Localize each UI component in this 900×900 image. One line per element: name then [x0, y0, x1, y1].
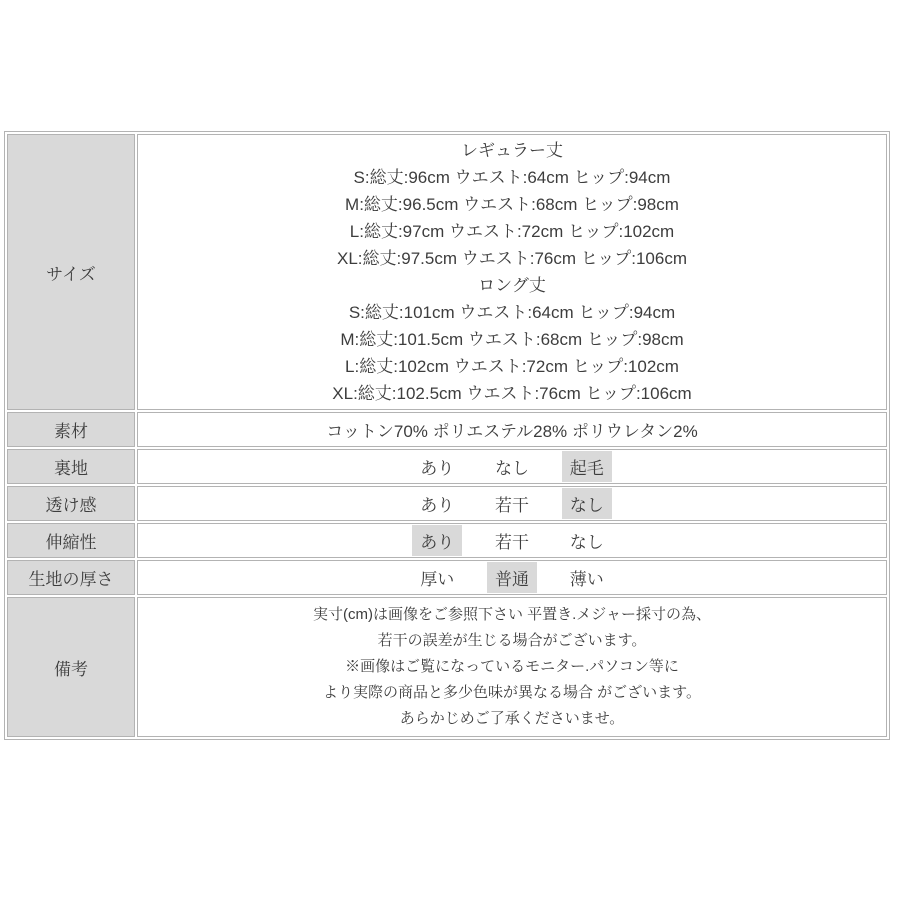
note-line: より実際の商品と多少色味が異なる場合 がございます。	[138, 680, 886, 706]
spec-row-lining: 裏地 あり なし 起毛	[7, 449, 887, 484]
spec-row-stretch: 伸縮性 あり 若干 なし	[7, 523, 887, 558]
thickness-row-label: 生地の厚さ	[7, 560, 135, 595]
product-spec-page: サイズ レギュラー丈 S:総丈:96cm ウエスト:64cm ヒップ:94cm …	[0, 0, 900, 900]
notes-row-value: 実寸(cm)は画像をご参照下さい 平置き.メジャー採寸の為、 若干の誤差が生じる…	[137, 597, 887, 737]
notes-row-label: 備考	[7, 597, 135, 737]
material-row-value: コットン70% ポリエステル28% ポリウレタン2%	[137, 412, 887, 447]
size-line-long-s: S:総丈:101cm ウエスト:64cm ヒップ:94cm	[138, 299, 886, 326]
spec-row-sheerness: 透け感 あり 若干 なし	[7, 486, 887, 521]
size-section-title-regular: レギュラー丈	[138, 137, 886, 164]
thickness-option: 薄い	[562, 562, 612, 593]
stretch-row-label: 伸縮性	[7, 523, 135, 558]
note-line: 若干の誤差が生じる場合がございます。	[138, 628, 886, 654]
lining-option: なし	[487, 451, 537, 482]
size-line-regular-l: L:総丈:97cm ウエスト:72cm ヒップ:102cm	[138, 218, 886, 245]
lining-row-options: あり なし 起毛	[137, 449, 887, 484]
spec-row-material: 素材 コットン70% ポリエステル28% ポリウレタン2%	[7, 412, 887, 447]
size-line-regular-m: M:総丈:96.5cm ウエスト:68cm ヒップ:98cm	[138, 191, 886, 218]
size-line-long-l: L:総丈:102cm ウエスト:72cm ヒップ:102cm	[138, 353, 886, 380]
stretch-option: なし	[562, 525, 612, 556]
stretch-row-options: あり 若干 なし	[137, 523, 887, 558]
size-section-title-long: ロング丈	[138, 272, 886, 299]
thickness-row-options: 厚い 普通 薄い	[137, 560, 887, 595]
size-row-value: レギュラー丈 S:総丈:96cm ウエスト:64cm ヒップ:94cm M:総丈…	[137, 134, 887, 410]
size-row-label: サイズ	[7, 134, 135, 410]
size-line-regular-xl: XL:総丈:97.5cm ウエスト:76cm ヒップ:106cm	[138, 245, 886, 272]
material-row-label: 素材	[7, 412, 135, 447]
stretch-option: あり	[412, 525, 462, 556]
note-line: ※画像はご覧になっているモニター.パソコン等に	[138, 654, 886, 680]
stretch-option: 若干	[487, 525, 537, 556]
lining-option: あり	[412, 451, 462, 482]
sheerness-option: あり	[412, 488, 462, 519]
sheerness-row-label: 透け感	[7, 486, 135, 521]
lining-row-label: 裏地	[7, 449, 135, 484]
sheerness-row-options: あり 若干 なし	[137, 486, 887, 521]
lining-option: 起毛	[562, 451, 612, 482]
size-line-regular-s: S:総丈:96cm ウエスト:64cm ヒップ:94cm	[138, 164, 886, 191]
product-spec-table: サイズ レギュラー丈 S:総丈:96cm ウエスト:64cm ヒップ:94cm …	[4, 131, 890, 740]
sheerness-option: 若干	[487, 488, 537, 519]
note-line: 実寸(cm)は画像をご参照下さい 平置き.メジャー採寸の為、	[138, 602, 886, 628]
thickness-option: 普通	[487, 562, 537, 593]
spec-row-thickness: 生地の厚さ 厚い 普通 薄い	[7, 560, 887, 595]
spec-row-notes: 備考 実寸(cm)は画像をご参照下さい 平置き.メジャー採寸の為、 若干の誤差が…	[7, 597, 887, 737]
spec-row-size: サイズ レギュラー丈 S:総丈:96cm ウエスト:64cm ヒップ:94cm …	[7, 134, 887, 410]
size-line-long-xl: XL:総丈:102.5cm ウエスト:76cm ヒップ:106cm	[138, 380, 886, 407]
sheerness-option: なし	[562, 488, 612, 519]
size-line-long-m: M:総丈:101.5cm ウエスト:68cm ヒップ:98cm	[138, 326, 886, 353]
thickness-option: 厚い	[412, 562, 462, 593]
note-line: あらかじめご了承くださいませ。	[138, 706, 886, 732]
